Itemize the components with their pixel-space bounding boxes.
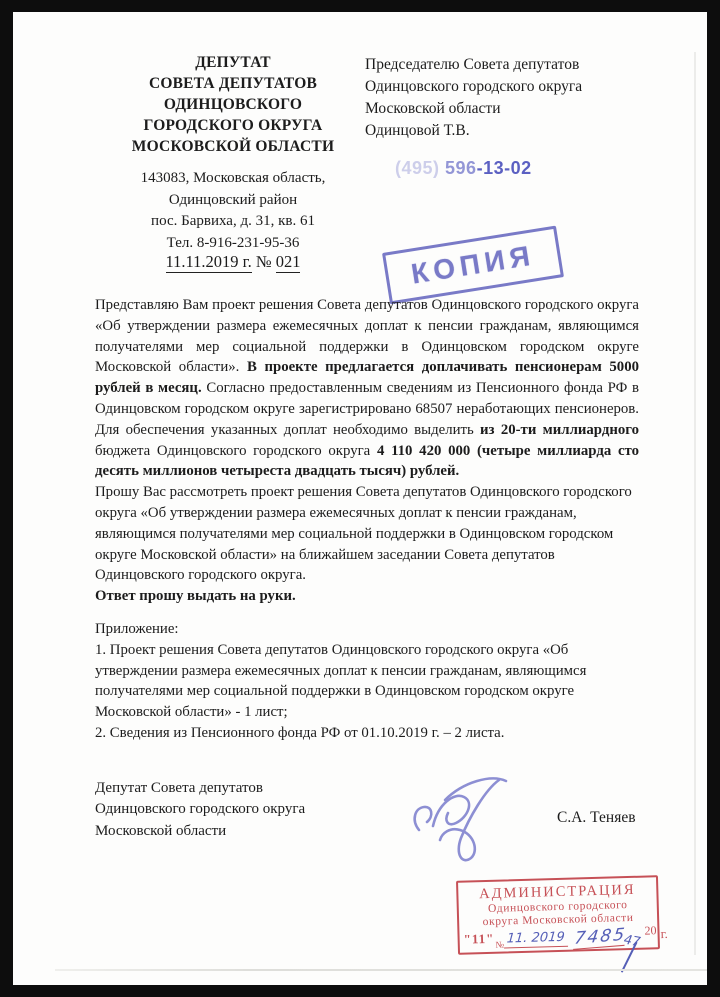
body-bold-segment: из 20-ти миллиардного (480, 422, 639, 438)
paragraph-proposal: Представляю Вам проект решения Совета де… (95, 295, 639, 482)
phone-stamp: (495) 596-13-02 (395, 158, 532, 179)
sender-address-line: Одинцовский район (111, 190, 355, 212)
attachments-heading: Приложение: (95, 619, 639, 640)
registration-year-printed: 20 (644, 923, 656, 938)
registration-date-handwritten: 11. 2019 (504, 930, 569, 949)
page-edge-shadow (55, 969, 707, 971)
recipient-address: Председателю Совета депутатов Одинцовско… (365, 54, 625, 142)
paragraph-request: Прошу Вас рассмотреть проект решения Сов… (95, 482, 639, 586)
registration-number-handwritten: 7485 (573, 925, 627, 950)
paragraph-reply-request: Ответ прошу выдать на руки. (95, 586, 639, 607)
signer-position-line: Депутат Совета депутатов (95, 778, 639, 800)
sender-phone-line: Тел. 8-916-231-95-36 (111, 233, 355, 255)
recipient-line: Московской области (365, 98, 625, 120)
phone-area-code: (495) (395, 158, 440, 178)
handwritten-signature (405, 772, 537, 879)
sender-address-line: пос. Барвиха, д. 31, кв. 61 (111, 211, 355, 233)
attachment-item: 1. Проект решения Совета депутатов Одинц… (95, 640, 639, 723)
signer-name: С.А. Теняев (557, 808, 636, 829)
sender-address-line: 143083, Московская область, (111, 168, 355, 190)
recipient-line: Одинцовского городского округа (365, 76, 625, 98)
registration-year-suffix: г. (660, 926, 668, 942)
phone-rest: -13-02 (477, 158, 532, 178)
attachment-item: 2. Сведения из Пенсионного фонда РФ от 0… (95, 723, 639, 744)
recipient-line: Председателю Совета депутатов (365, 54, 625, 76)
copy-stamp: КОПИЯ (382, 226, 564, 305)
recipient-name: Одинцовой Т.В. (365, 120, 625, 142)
sender-title-line: МОСКОВСКОЙ ОБЛАСТИ (111, 136, 355, 157)
page-edge-shadow (694, 52, 696, 955)
number-sign: № (256, 252, 272, 271)
sender-title-line: ОДИНЦОВСКОГО (111, 94, 355, 115)
body-segment: бюджета Одинцовского городского округа (95, 443, 377, 459)
registration-day: "11" (463, 931, 494, 948)
outgoing-date: 11.11.2019 г. (166, 252, 252, 273)
sender-title-line: СОВЕТА ДЕПУТАТОВ (111, 73, 355, 94)
outgoing-number: 021 (276, 252, 301, 273)
body-text: Представляю Вам проект решения Совета де… (95, 295, 639, 888)
registration-number-sign: № (495, 940, 504, 950)
sender-address: 143083, Московская область, Одинцовский … (111, 168, 355, 254)
copy-stamp-label: КОПИЯ (409, 239, 537, 290)
document-page: ДЕПУТАТ СОВЕТА ДЕПУТАТОВ ОДИНЦОВСКОГО ГО… (13, 12, 707, 985)
registration-stamp-fill-line: "11" № 11. 2019 7485 47 20 г. (463, 923, 656, 950)
attachments-section: Приложение: 1. Проект решения Совета деп… (95, 619, 639, 744)
sender-title-line: ГОРОДСКОГО ОКРУГА (111, 115, 355, 136)
outgoing-date-line: 11.11.2019 г. № 021 (111, 252, 355, 272)
sender-title-line: ДЕПУТАТ (111, 52, 355, 73)
sender-letterhead: ДЕПУТАТ СОВЕТА ДЕПУТАТОВ ОДИНЦОВСКОГО ГО… (111, 52, 355, 254)
phone-exchange: 596 (440, 158, 477, 178)
sender-title: ДЕПУТАТ СОВЕТА ДЕПУТАТОВ ОДИНЦОВСКОГО ГО… (111, 52, 355, 157)
registration-stamp: АДМИНИСТРАЦИЯ Одинцовского городского ок… (456, 875, 660, 955)
signature-section: Депутат Совета депутатов Одинцовского го… (95, 778, 639, 888)
